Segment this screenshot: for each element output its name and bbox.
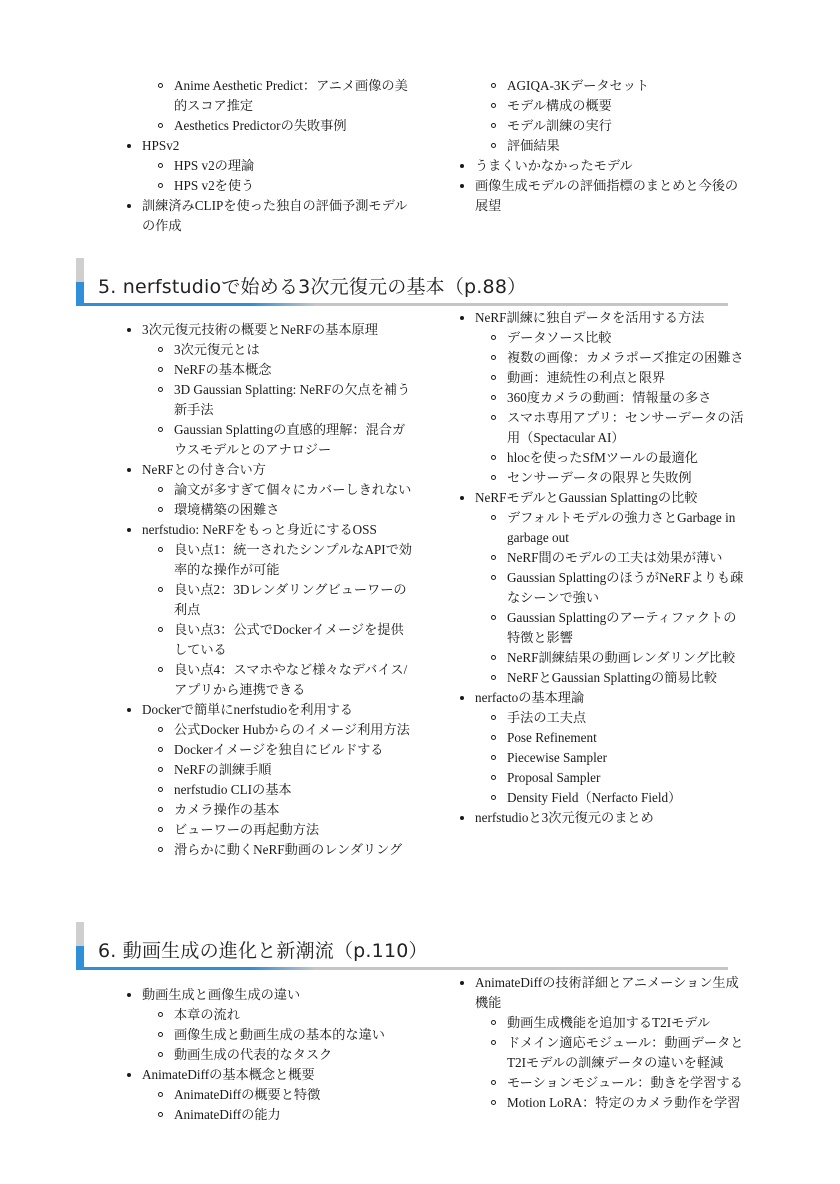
toc-subitem: AGIQA-3Kデータセット [457,76,749,96]
toc-list: AGIQA-3Kデータセットモデル構成の概要モデル訓練の実行評価結果うまくいかな… [457,76,749,216]
toc-subitem: スマホ専用アプリ：センサーデータの活用（Spectacular AI） [457,408,749,448]
section-6-right-column: AnimateDiffの技術詳細とアニメーション生成機能動画生成機能を追加するT… [457,973,749,1113]
toc-subitem: 論文が多すぎて個々にカバーしきれない [124,480,416,500]
toc-subitem: カメラ操作の基本 [124,800,416,820]
toc-subitem: NeRFの訓練手順 [124,760,416,780]
toc-subitem: ドメイン適応モジュール：動画データとT2Iモデルの訓練データの違いを軽減 [457,1033,749,1073]
toc-subitem: NeRFの基本概念 [124,360,416,380]
header-underline [84,967,728,970]
section-title: 5. nerfstudioで始める3次元復元の基本（p.88） [98,272,526,299]
toc-item: 3次元復元技術の概要とNeRFの基本原理 [124,320,416,340]
section-5-left-column: 3次元復元技術の概要とNeRFの基本原理3次元復元とはNeRFの基本概念3D G… [124,320,416,860]
toc-item: nerfactoの基本理論 [457,688,749,708]
toc-item: NeRFとの付き合い方 [124,460,416,480]
toc-subitem: 良い点2：3Dレンダリングビューワーの利点 [124,580,416,620]
toc-subitem: 良い点3：公式でDockerイメージを提供している [124,620,416,660]
header-underline [84,303,728,306]
toc-subitem: 画像生成と動画生成の基本的な違い [124,1025,416,1045]
toc-subitem: NeRF間のモデルの工夫は効果が薄い [457,548,749,568]
toc-subitem: AnimateDiffの概要と特徴 [124,1085,416,1105]
header-accent-bar [76,922,84,946]
toc-item: Dockerで簡単にnerfstudioを利用する [124,700,416,720]
section-5-header: 5. nerfstudioで始める3次元復元の基本（p.88） [76,258,728,306]
toc-subitem: 動画生成機能を追加するT2Iモデル [457,1013,749,1033]
header-accent-bar [76,258,84,282]
toc-subitem: Anime Aesthetic Predict：アニメ画像の美的スコア推定 [124,76,416,116]
toc-subitem: ビューワーの再起動方法 [124,820,416,840]
toc-subitem: 複数の画像：カメラポーズ推定の困難さ [457,348,749,368]
toc-subitem: hlocを使ったSfMツールの最適化 [457,448,749,468]
toc-item: nerfstudioと3次元復元のまとめ [457,808,749,828]
toc-subitem: 環境構築の困難さ [124,500,416,520]
toc-subitem: HPS v2を使う [124,176,416,196]
top-right-column: AGIQA-3Kデータセットモデル構成の概要モデル訓練の実行評価結果うまくいかな… [457,76,749,216]
section-title: 6. 動画生成の進化と新潮流（p.110） [98,936,428,963]
toc-subitem: HPS v2の理論 [124,156,416,176]
toc-subitem: 本章の流れ [124,1005,416,1025]
toc-subitem: Gaussian Splattingのアーティファクトの特徴と影響 [457,608,749,648]
toc-subitem: 手法の工夫点 [457,708,749,728]
toc-subitem: 評価結果 [457,136,749,156]
toc-subitem: Pose Refinement [457,728,749,748]
toc-item: nerfstudio: NeRFをもっと身近にするOSS [124,520,416,540]
toc-list: 動画生成と画像生成の違い本章の流れ画像生成と動画生成の基本的な違い動画生成の代表… [124,985,416,1125]
toc-subitem: Motion LoRA：特定のカメラ動作を学習 [457,1093,749,1113]
toc-item: AnimateDiffの基本概念と概要 [124,1065,416,1085]
section-6-left-column: 動画生成と画像生成の違い本章の流れ画像生成と動画生成の基本的な違い動画生成の代表… [124,985,416,1125]
toc-subitem: センサーデータの限界と失敗例 [457,468,749,488]
toc-subitem: 動画：連続性の利点と限界 [457,368,749,388]
toc-subitem: NeRF訓練結果の動画レンダリング比較 [457,648,749,668]
toc-subitem: モデル構成の概要 [457,96,749,116]
toc-subitem: Gaussian SplattingのほうがNeRFよりも疎なシーンで強い [457,568,749,608]
toc-subitem: 動画生成の代表的なタスク [124,1045,416,1065]
toc-list: 3次元復元技術の概要とNeRFの基本原理3次元復元とはNeRFの基本概念3D G… [124,320,416,860]
toc-subitem: データソース比較 [457,328,749,348]
top-left-column: Anime Aesthetic Predict：アニメ画像の美的スコア推定Aes… [124,76,416,236]
header-accent-bar [76,946,84,970]
toc-subitem: モーションモジュール：動きを学習する [457,1073,749,1093]
toc-list: AnimateDiffの技術詳細とアニメーション生成機能動画生成機能を追加するT… [457,973,749,1113]
toc-list: NeRF訓練に独自データを活用する方法データソース比較複数の画像：カメラポーズ推… [457,308,749,828]
toc-item: 動画生成と画像生成の違い [124,985,416,1005]
toc-subitem: nerfstudio CLIの基本 [124,780,416,800]
toc-subitem: Gaussian Splattingの直感的理解：混合ガウスモデルとのアナロジー [124,420,416,460]
toc-subitem: Dockerイメージを独自にビルドする [124,740,416,760]
section-6-header: 6. 動画生成の進化と新潮流（p.110） [76,922,728,970]
toc-subitem: Aesthetics Predictorの失敗事例 [124,116,416,136]
toc-item: 訓練済みCLIPを使った独自の評価予測モデルの作成 [124,196,416,236]
toc-list: Anime Aesthetic Predict：アニメ画像の美的スコア推定Aes… [124,76,416,236]
toc-subitem: 3D Gaussian Splatting: NeRFの欠点を補う新手法 [124,380,416,420]
toc-item: NeRFモデルとGaussian Splattingの比較 [457,488,749,508]
toc-subitem: 良い点1：統一されたシンプルなAPIで効率的な操作が可能 [124,540,416,580]
toc-subitem: 公式Docker Hubからのイメージ利用方法 [124,720,416,740]
header-accent-bar [76,282,84,306]
toc-subitem: 3次元復元とは [124,340,416,360]
toc-subitem: デフォルトモデルの強力さとGarbage in garbage out [457,508,749,548]
toc-item: HPSv2 [124,136,416,156]
toc-item: うまくいかなかったモデル [457,156,749,176]
toc-subitem: Piecewise Sampler [457,748,749,768]
toc-subitem: Proposal Sampler [457,768,749,788]
toc-subitem: モデル訓練の実行 [457,116,749,136]
toc-item: 画像生成モデルの評価指標のまとめと今後の展望 [457,176,749,216]
toc-item: AnimateDiffの技術詳細とアニメーション生成機能 [457,973,749,1013]
toc-item: NeRF訓練に独自データを活用する方法 [457,308,749,328]
section-5-right-column: NeRF訓練に独自データを活用する方法データソース比較複数の画像：カメラポーズ推… [457,308,749,828]
toc-subitem: 360度カメラの動画：情報量の多さ [457,388,749,408]
toc-subitem: Density Field（Nerfacto Field） [457,788,749,808]
toc-subitem: 滑らかに動くNeRF動画のレンダリング [124,840,416,860]
toc-subitem: AnimateDiffの能力 [124,1105,416,1125]
toc-subitem: NeRFとGaussian Splattingの簡易比較 [457,668,749,688]
toc-subitem: 良い点4：スマホやなど様々なデバイス/アプリから連携できる [124,660,416,700]
